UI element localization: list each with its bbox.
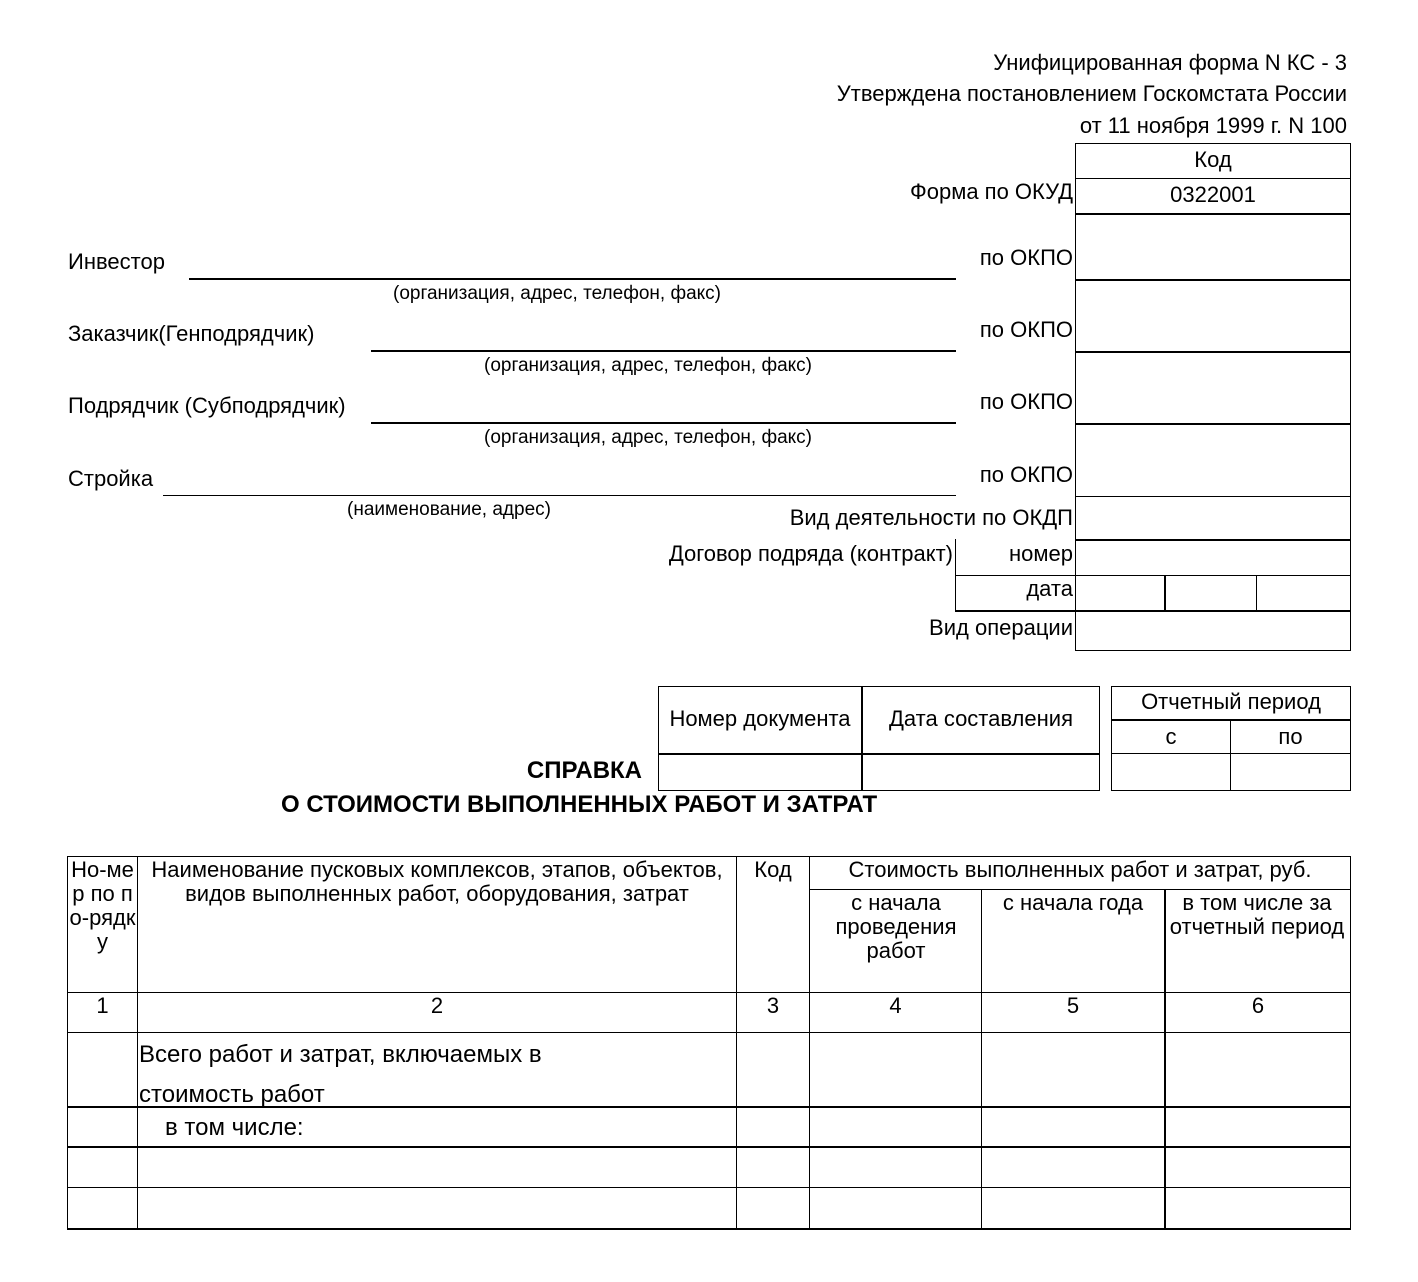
okdp-field[interactable] [1076,497,1350,539]
period-from-field[interactable] [1112,754,1230,790]
period-to-field[interactable] [1231,754,1350,790]
colnum-1: 1 [68,994,137,1018]
row1-period[interactable] [1166,1033,1350,1106]
header-code: Код [737,858,809,882]
contract-date-year-field[interactable] [1257,576,1350,610]
operation-label: Вид операции [929,615,1073,641]
okud-value[interactable]: 0322001 [1075,182,1351,208]
row3-since-start[interactable] [810,1148,981,1187]
header-period: в том числе за отчетный период [1169,891,1345,939]
contract-date-label: дата [1026,576,1073,602]
investor-hint: (организация, адрес, телефон, факс) [393,283,721,305]
row3-code[interactable] [737,1148,809,1187]
contractor-field[interactable] [371,394,956,422]
row1-since-year[interactable] [982,1033,1164,1106]
investor-field[interactable] [189,250,956,278]
site-label: Стройка [68,466,153,492]
contract-date-month-field[interactable] [1166,576,1256,610]
contract-number-label: номер [1009,541,1073,567]
header-since-start: с начала проведения работ [815,891,977,963]
title-line2: О СТОИМОСТИ ВЫПОЛНЕННЫХ РАБОТ И ЗАТРАТ [281,792,877,818]
title-line1: СПРАВКА [527,758,642,784]
header-cost-group: Стоимость выполненных работ и затрат, ру… [810,858,1350,882]
doc-date-field[interactable] [863,755,1099,790]
colnum-5: 5 [982,994,1164,1018]
contract-number-field[interactable] [1076,541,1350,575]
okpo-label-site: по ОКПО [980,462,1073,488]
okpo-investor-field[interactable] [1076,215,1350,279]
customer-hint: (организация, адрес, телефон, факс) [484,355,812,377]
okpo-site-field[interactable] [1076,425,1350,496]
row2-period[interactable] [1166,1108,1350,1146]
colnum-2: 2 [138,994,736,1018]
okpo-label-contractor: по ОКПО [980,389,1073,415]
row2-since-year[interactable] [982,1108,1164,1146]
approved-date: от 11 ноября 1999 г. N 100 [1080,113,1347,139]
colnum-4: 4 [810,994,981,1018]
colnum-6: 6 [1166,994,1350,1018]
customer-label: Заказчик(Генподрядчик) [68,321,314,347]
okpo-label-investor: по ОКПО [980,245,1073,271]
doc-date-header: Дата составления [863,706,1099,732]
row1-num[interactable] [68,1033,137,1106]
approved-by: Утверждена постановлением Госкомстата Ро… [837,81,1347,107]
row2-since-start[interactable] [810,1108,981,1146]
row1-since-start[interactable] [810,1033,981,1106]
row2-name[interactable]: в том числе: [165,1114,725,1142]
doc-number-field[interactable] [659,755,861,790]
header-name: Наименование пусковых комплексов, этапов… [142,858,732,906]
form-name: Унифицированная форма N КС - 3 [993,50,1347,76]
okdp-label: Вид деятельности по ОКДП [790,505,1073,531]
row3-num[interactable] [68,1148,137,1187]
header-num: Но-мер по по-рядку [68,858,137,954]
row4-since-year[interactable] [982,1188,1164,1228]
contract-label: Договор подряда (контракт) [669,541,953,567]
okpo-customer-field[interactable] [1076,281,1350,351]
operation-field[interactable] [1076,612,1350,650]
row3-since-year[interactable] [982,1148,1164,1187]
period-from-label: с [1112,724,1230,750]
okpo-contractor-field[interactable] [1076,353,1350,423]
okpo-label-customer: по ОКПО [980,317,1073,343]
row4-period[interactable] [1166,1188,1350,1228]
colnum-3: 3 [737,994,809,1018]
contractor-hint: (организация, адрес, телефон, факс) [484,427,812,449]
row2-code[interactable] [737,1108,809,1146]
row4-num[interactable] [68,1188,137,1228]
period-header: Отчетный период [1111,689,1351,715]
row3-period[interactable] [1166,1148,1350,1187]
doc-number-header: Номер документа [659,706,861,732]
contract-date-day-field[interactable] [1076,576,1164,610]
header-since-year: с начала года [982,891,1164,915]
period-to-label: по [1231,724,1350,750]
customer-field[interactable] [371,322,956,350]
contractor-label: Подрядчик (Субподрядчик) [68,393,346,419]
site-field[interactable] [163,467,956,495]
row3-name[interactable] [138,1148,736,1187]
site-hint: (наименование, адрес) [347,499,551,521]
investor-label: Инвестор [68,249,165,275]
row1-name[interactable]: Всего работ и затрат, включаемых в стоим… [139,1035,579,1115]
row2-num[interactable] [68,1108,137,1146]
okud-label: Форма по ОКУД [910,179,1073,205]
row4-name[interactable] [138,1188,736,1228]
row1-code[interactable] [737,1033,809,1106]
row4-since-start[interactable] [810,1188,981,1228]
row4-code[interactable] [737,1188,809,1228]
code-header: Код [1075,147,1351,173]
cost-table: Но-мер по по-рядку Наименование пусковых… [67,856,1351,1230]
